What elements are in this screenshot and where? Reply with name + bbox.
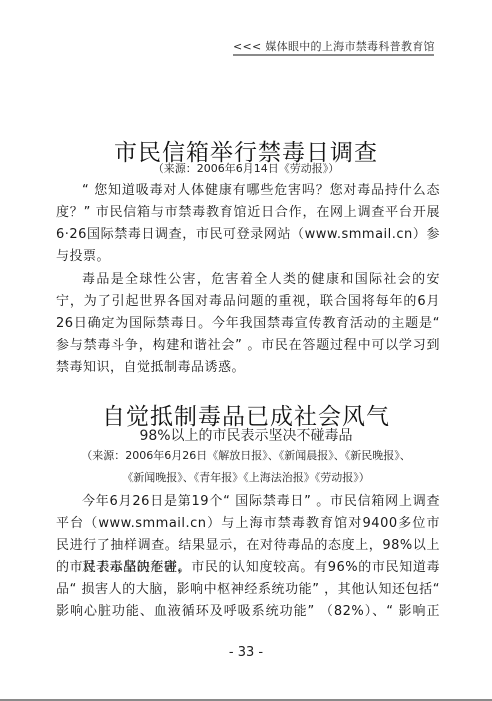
article2-source-line-1: （来源：2006年6月26日《解放日报》、《新闻晨报》、《新民晚报》、 [40,445,452,467]
page-number: - 33 - [0,645,492,660]
article1-paragraph-2: 毒品是全球性公害，危害着全人类的健康和国际社会的安宁，为了引起世界各国对毒品问题… [56,269,440,379]
article2-paragraph-2: 对于毒品的危害，市民的认知度较高。有96%的市民知道毒品“ 损害人的大脑，影响中… [56,557,440,623]
article2-source: （来源：2006年6月26日《解放日报》、《新闻晨报》、《新民晚报》、 《新闻晚… [40,445,452,489]
article1-source: （来源：2006年6月14日《劳动报》） [0,160,492,176]
article2-source-line-2: 《新闻晚报》、《青年报》《上海法治报》《劳动报》） [40,467,452,489]
running-header: <<< 媒体眼中的上海市禁毒科普教育馆 [233,38,433,54]
article2-subtitle: 98%以上的市民表示坚决不碰毒品 [0,425,492,445]
header-divider [233,54,434,56]
article1-paragraph-1: “ 您知道吸毒对人体健康有哪些危害吗？您对毒品持什么态度？” 市民信箱与市禁毒教… [56,180,440,268]
